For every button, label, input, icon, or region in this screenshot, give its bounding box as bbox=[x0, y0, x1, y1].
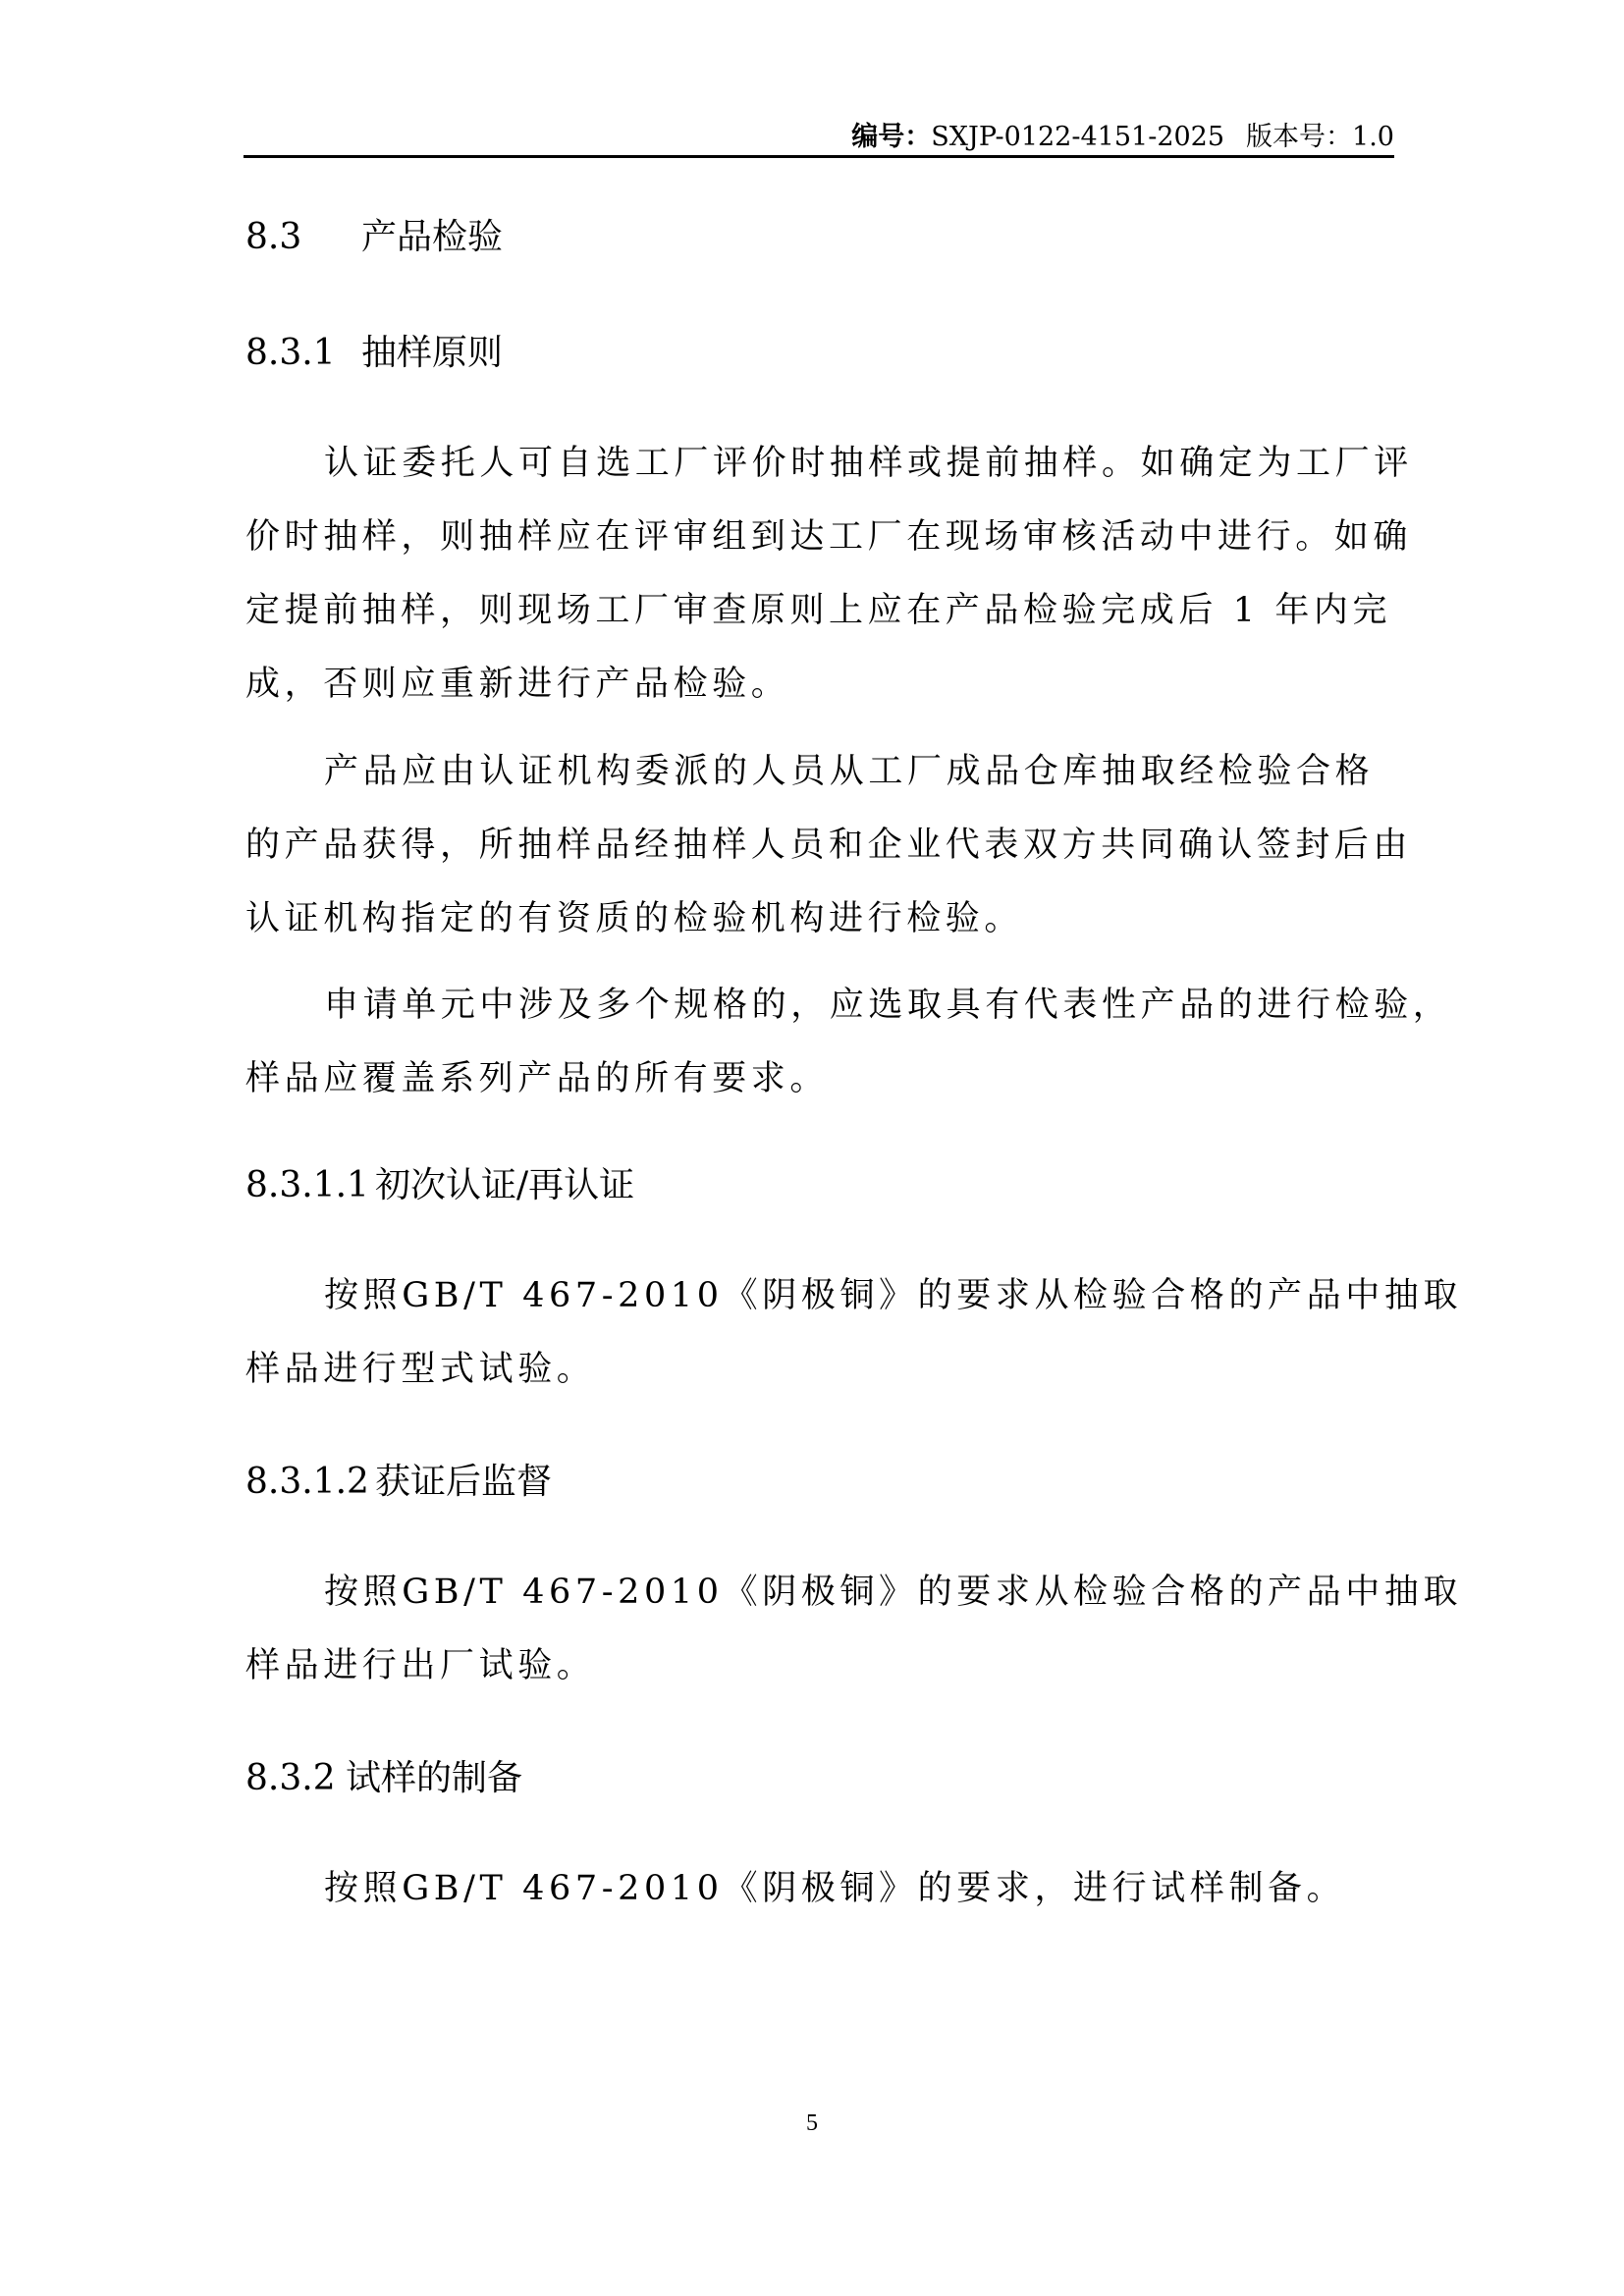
section-heading-8-3-1: 8.3.1抽样原则 bbox=[245, 330, 503, 377]
document-code-label: 编号： bbox=[851, 122, 931, 152]
document-code-value: SXJP-0122-4151-2025 bbox=[931, 122, 1224, 152]
section-number: 8.3.1.2 bbox=[245, 1459, 375, 1506]
paragraph-line: 样品进行出厂试验。 bbox=[245, 1642, 595, 1689]
paragraph-line: 认证委托人可自选工厂评价时抽样或提前抽样。如确定为工厂评 bbox=[324, 440, 1413, 487]
section-heading-8-3: 8.3产品检验 bbox=[245, 214, 503, 261]
section-heading-8-3-1-1: 8.3.1.1初次认证/再认证 bbox=[245, 1162, 634, 1209]
section-title: 试样的制备 bbox=[346, 1758, 522, 1798]
version-value: 1.0 bbox=[1352, 122, 1394, 152]
paragraph-line: 认证机构指定的有资质的检验机构进行检验。 bbox=[245, 895, 1023, 942]
section-title: 获证后监督 bbox=[375, 1462, 552, 1502]
section-number: 8.3.2 bbox=[245, 1755, 346, 1802]
section-number: 8.3 bbox=[245, 214, 361, 261]
paragraph-line: 按照GB/T 467-2010《阴极铜》的要求从检验合格的产品中抽取 bbox=[324, 1272, 1462, 1319]
section-number: 8.3.1.1 bbox=[245, 1162, 375, 1209]
section-heading-8-3-2: 8.3.2试样的制备 bbox=[245, 1755, 522, 1802]
section-title: 初次认证/再认证 bbox=[375, 1165, 634, 1205]
paragraph-line: 按照GB/T 467-2010《阴极铜》的要求从检验合格的产品中抽取 bbox=[324, 1569, 1462, 1616]
paragraph-line: 按照GB/T 467-2010《阴极铜》的要求，进行试样制备。 bbox=[324, 1865, 1345, 1912]
paragraph-line: 定提前抽样，则现场工厂审查原则上应在产品检验完成后 1 年内完 bbox=[245, 587, 1391, 634]
section-title: 产品检验 bbox=[361, 217, 503, 257]
header-divider bbox=[244, 155, 1394, 158]
paragraph-line: 的产品获得，所抽样品经抽样人员和企业代表双方共同确认签封后由 bbox=[245, 822, 1412, 869]
section-title: 抽样原则 bbox=[361, 333, 503, 373]
paragraph-line: 样品应覆盖系列产品的所有要求。 bbox=[245, 1055, 829, 1102]
paragraph-line: 产品应由认证机构委派的人员从工厂成品仓库抽取经检验合格 bbox=[324, 748, 1374, 795]
paragraph-line: 成，否则应重新进行产品检验。 bbox=[245, 661, 789, 708]
paragraph-line: 申请单元中涉及多个规格的，应选取具有代表性产品的进行检验， bbox=[324, 982, 1451, 1029]
section-number: 8.3.1 bbox=[245, 330, 361, 377]
page-number: 5 bbox=[0, 2110, 1624, 2137]
section-heading-8-3-1-2: 8.3.1.2获证后监督 bbox=[245, 1459, 552, 1506]
page-header: 编号：SXJP-0122-4151-2025版本号：1.0 bbox=[244, 116, 1394, 159]
paragraph-line: 价时抽样，则抽样应在评审组到达工厂在现场审核活动中进行。如确 bbox=[245, 513, 1412, 561]
paragraph-line: 样品进行型式试验。 bbox=[245, 1346, 595, 1393]
version-label: 版本号： bbox=[1246, 122, 1352, 152]
